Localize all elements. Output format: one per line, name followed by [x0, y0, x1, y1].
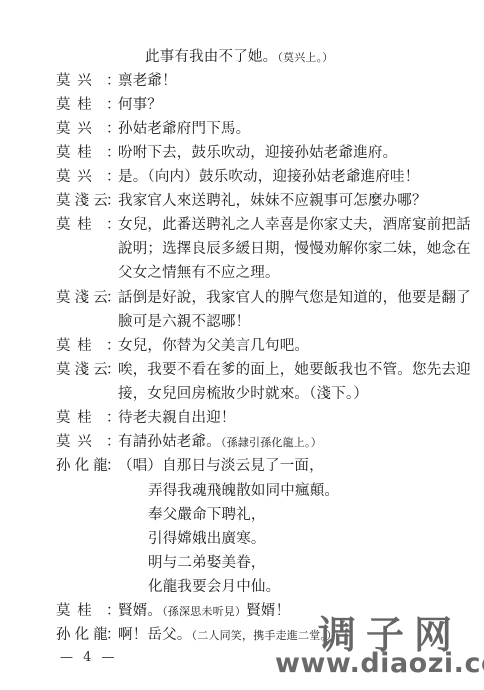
speaker-label: 莫桂 — [56, 215, 92, 235]
script-page: 此事有我由不了她。（莫兴上。） 莫兴 ： 禀老爺！ 莫桂 ： 何事？ 莫兴 ： … — [0, 0, 484, 690]
speaker-label: 莫兴 — [56, 432, 92, 452]
watermark-url: www.diaozi.com — [275, 648, 484, 679]
speaker-label: 莫桂 — [56, 408, 92, 428]
dialogue-text: 待老夫親自出迎！ — [118, 408, 236, 428]
speaker-label: 莫桂 — [56, 601, 92, 621]
speaker-label: 莫淺云 — [56, 191, 108, 211]
speaker-label: 莫淺云 — [56, 360, 108, 380]
dialogue-text: 是。（向内）鼓乐吹动，迎接孙姑老爺進府哇！ — [118, 167, 419, 187]
dialogue-text: 有請孙姑老爺。（孫隷引孫化龍上。） — [118, 432, 322, 453]
stage-direction: （莫兴上。） — [277, 51, 333, 64]
header-text: 此事有我由不了她。 — [145, 49, 277, 65]
dialogue-text: 禀老爺！ — [118, 71, 177, 91]
stage-direction: （孫深思未听見） — [162, 605, 246, 618]
speaker-label: 莫桂 — [56, 95, 92, 115]
dialogue-text: 啊！岳父。（二人同笑，携手走進二堂。） — [118, 625, 337, 646]
stage-direction: （二人同笑，携手走進二堂。） — [192, 629, 338, 642]
speaker-label: 莫桂 — [56, 336, 92, 356]
dialogue-text: 我家官人來送聘礼，妹妹不应親事可怎麼办哪？ — [118, 191, 427, 211]
speaker-label: 莫兴 — [56, 119, 92, 139]
stage-direction: （孫隷引孫化龍上。） — [221, 436, 322, 449]
dialogue-text: 孙姑老爺府門下馬。 — [118, 119, 250, 139]
speaker-label: 莫兴 — [56, 71, 92, 91]
dialogue-text: 何事？ — [118, 95, 162, 115]
speaker-label: 莫桂 — [56, 143, 92, 163]
dialogue-text: 吩咐下去，鼓乐吹动，迎接孙姑老爺進府。 — [118, 143, 397, 163]
dialogue-text: 女兒，你替为父美言几句吧。 — [118, 336, 309, 356]
dialogue-text: 賢婿。（孫深思未听見）賢婿！ — [118, 601, 290, 622]
page-number: — 4 — — [60, 650, 118, 665]
dialogue-text: （唱）自那日与淡云見了一面， — [118, 456, 324, 476]
speaker-label: 孙化龍 — [56, 625, 108, 645]
dialogue-text: 唉，我要不看在爹的面上，她要飯我也不管。您先去迎 — [118, 360, 471, 380]
dialogue-text: 女兒，此番送聘礼之人幸喜是你家丈夫，酒席宴前把話 — [118, 215, 471, 235]
dialogue-text: 話倒是好說，我家官人的脾气您是知道的，他要是翻了 — [118, 288, 471, 308]
speaker-label: 孙化龍 — [56, 456, 108, 476]
speaker-label: 莫淺云 — [56, 288, 108, 308]
speaker-label: 莫兴 — [56, 167, 92, 187]
